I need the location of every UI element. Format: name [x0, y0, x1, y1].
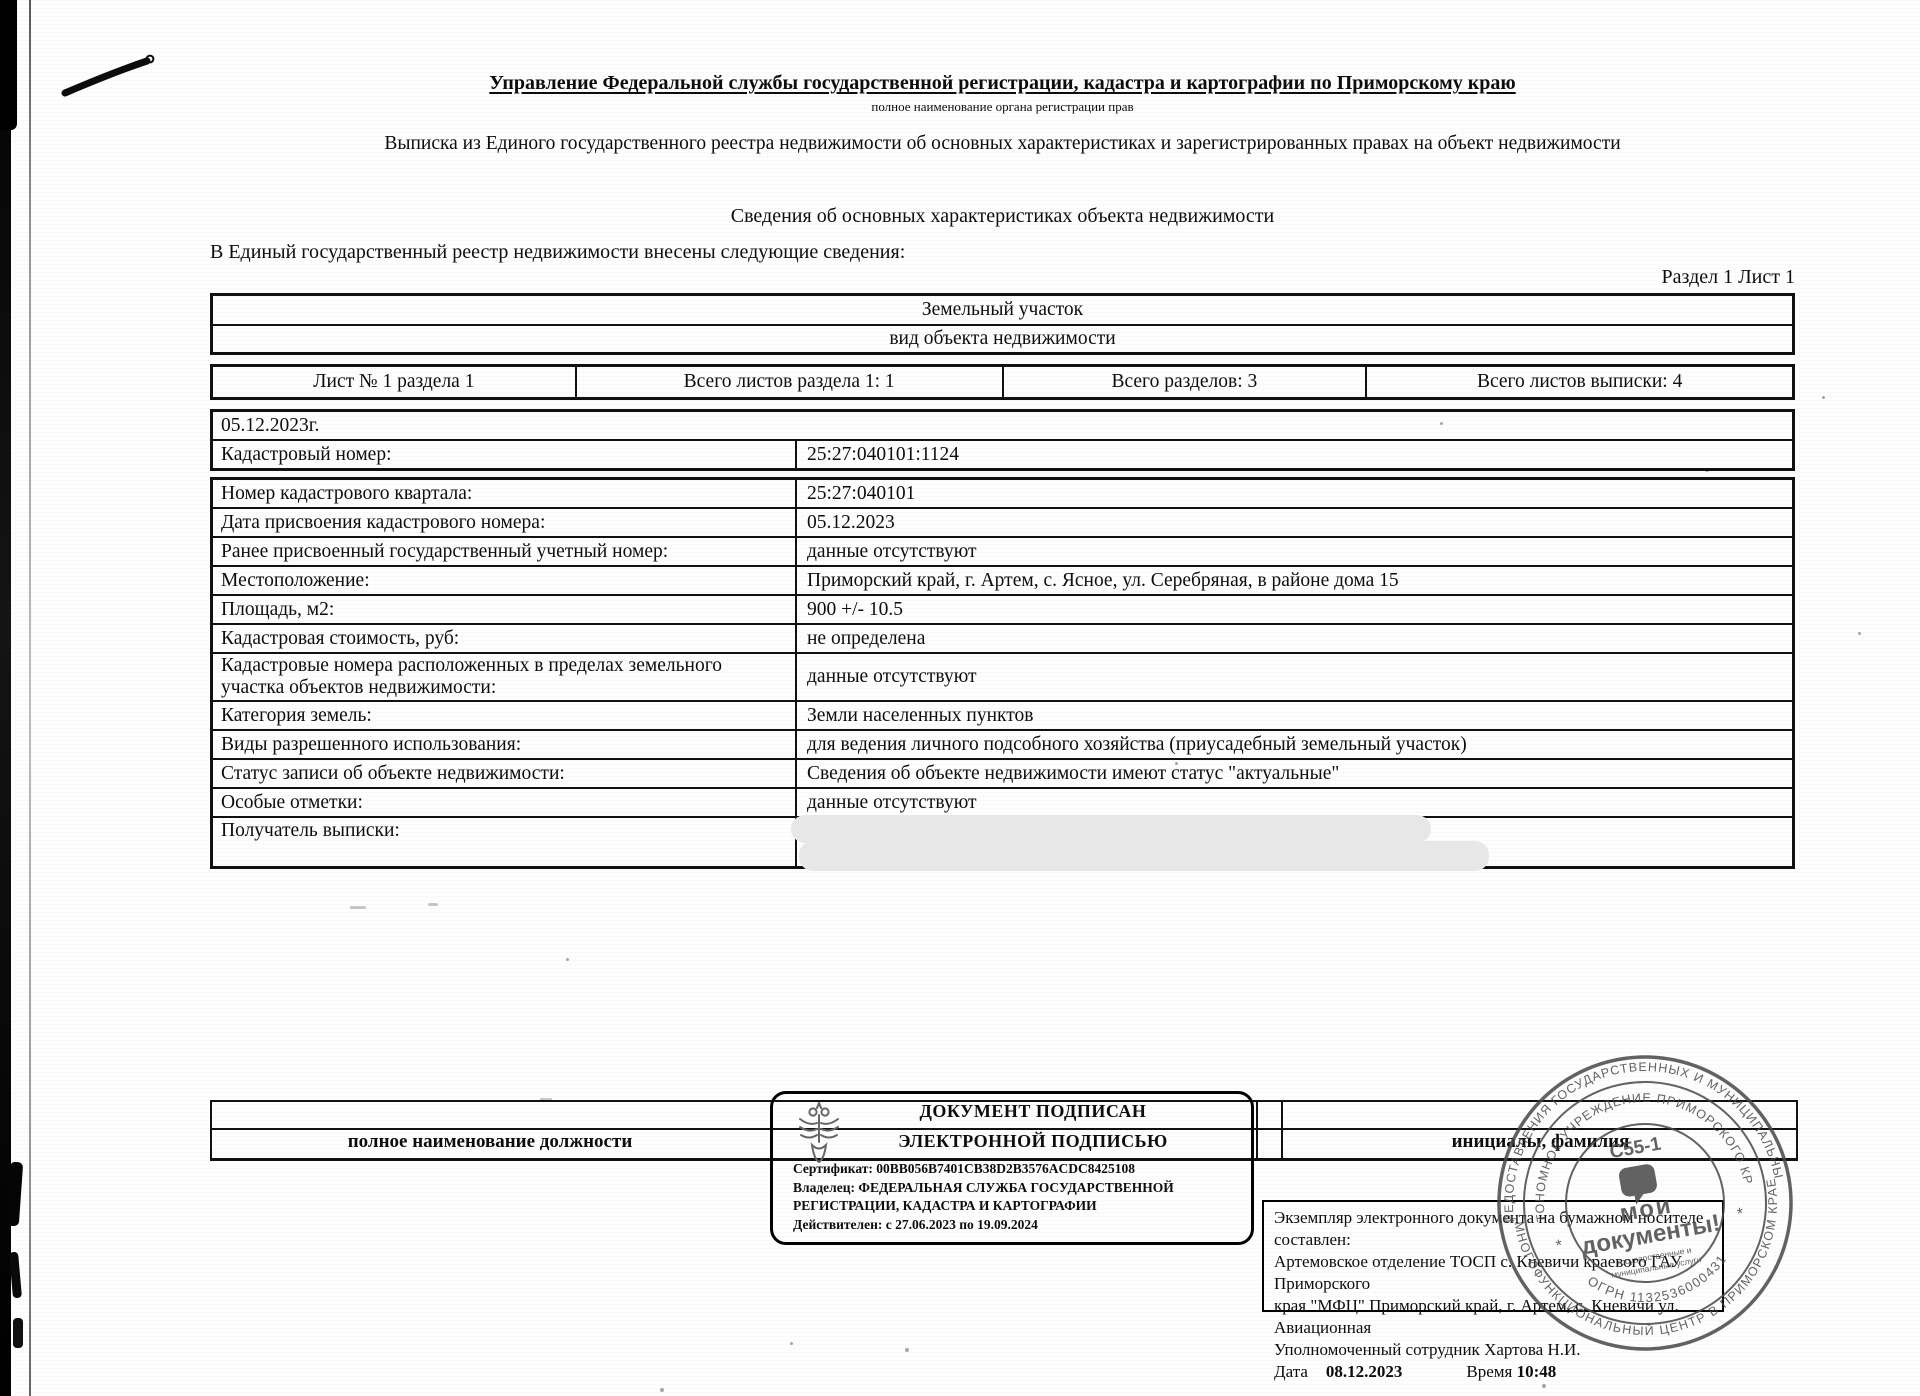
scan-fold-line — [29, 0, 31, 1396]
time-label: Время — [1466, 1362, 1512, 1381]
table-row: Площадь, м2: 900 +/- 10.5 — [213, 596, 1792, 625]
table-row-receiver: Получатель выписки: — [213, 818, 1792, 866]
stamp-office-code: С55-1 — [1608, 1133, 1663, 1163]
time-value: 10:48 — [1517, 1362, 1557, 1381]
scan-speck — [1858, 632, 1861, 635]
object-type-table: Земельный участок вид объекта недвижимос… — [210, 293, 1795, 355]
round-stamp-icon: ЦЕНТР ПРЕДОСТАВЛЕНИЯ ГОСУДАРСТВЕННЫХ И М… — [1492, 1050, 1798, 1356]
scan-speck — [790, 1342, 793, 1345]
details-table-body: Номер кадастрового квартала: 25:27:04010… — [210, 477, 1795, 869]
row-value: 25:27:040101:1124 — [797, 441, 1792, 468]
sheet-counter-cell: Лист № 1 раздела 1 — [213, 367, 577, 397]
stamp-asterisk: * — [1736, 1205, 1745, 1223]
scan-ink-blob — [13, 1318, 23, 1348]
table-row: Кадастровый номер: 25:27:040101:1124 — [213, 441, 1792, 468]
table-row: Кадастровые номера расположенных в преде… — [213, 654, 1792, 702]
table-row: Дата присвоения кадастрового номера: 05.… — [213, 509, 1792, 538]
registering-authority-name: Управление Федеральной службы государств… — [210, 72, 1795, 95]
row-value-redacted — [797, 818, 1792, 866]
sheet-counter-cell: Всего листов раздела 1: 1 — [577, 367, 1004, 397]
row-value: данные отсутствуют — [797, 654, 1792, 700]
esignature-stamp: ДОКУМЕНТ ПОДПИСАН ЭЛЕКТРОННОЙ ПОДПИСЬЮ С… — [770, 1091, 1254, 1245]
row-label: Дата присвоения кадастрового номера: — [213, 509, 797, 536]
row-label: Площадь, м2: — [213, 596, 797, 623]
row-label: Ранее присвоенный государственный учетны… — [213, 538, 797, 565]
row-value: 900 +/- 10.5 — [797, 596, 1792, 623]
row-value: Приморский край, г. Артем, с. Ясное, ул.… — [797, 567, 1792, 594]
row-label: Категория земель: — [213, 702, 797, 729]
main-tables: Земельный участок вид объекта недвижимос… — [210, 293, 1795, 869]
row-value: данные отсутствуют — [797, 538, 1792, 565]
row-value: 25:27:040101 — [797, 480, 1792, 507]
mfc-round-stamp: ЦЕНТР ПРЕДОСТАВЛЕНИЯ ГОСУДАРСТВЕННЫХ И М… — [1492, 1050, 1798, 1356]
redaction-bar — [799, 841, 1489, 871]
date-label: Дата — [1274, 1362, 1308, 1381]
table-line — [1256, 1100, 1258, 1158]
row-label: Номер кадастрового квартала: — [213, 480, 797, 507]
scan-speck — [1542, 1384, 1546, 1388]
table-row: Номер кадастрового квартала: 25:27:04010… — [213, 480, 1792, 509]
row-label: Получатель выписки: — [213, 818, 797, 866]
table-row: Ранее присвоенный государственный учетны… — [213, 538, 1792, 567]
record-date: 05.12.2023г. — [213, 412, 327, 439]
sheet-counter-cell: Всего разделов: 3 — [1004, 367, 1368, 397]
row-value: для ведения личного подсобного хозяйства… — [797, 731, 1792, 758]
row-value: Земли населенных пунктов — [797, 702, 1792, 729]
section-title: Сведения об основных характеристиках объ… — [210, 205, 1795, 228]
table-row-date: 05.12.2023г. — [213, 412, 1792, 441]
row-label: Кадастровая стоимость, руб: — [213, 625, 797, 652]
table-row: Особые отметки: данные отсутствуют — [213, 789, 1792, 818]
row-value: Сведения об объекте недвижимости имеют с… — [797, 760, 1792, 787]
row-value: 05.12.2023 — [797, 509, 1792, 536]
certificate-number: Сертификат: 00BB056B7401CB38D2B3576ACDC8… — [793, 1160, 1233, 1179]
table-row: Категория земель: Земли населенных пункт… — [213, 702, 1792, 731]
scan-dash — [428, 903, 438, 906]
object-type: Земельный участок — [213, 296, 1792, 326]
date-value: 08.12.2023 — [1326, 1362, 1403, 1381]
certificate-block: Сертификат: 00BB056B7401CB38D2B3576ACDC8… — [793, 1160, 1233, 1234]
row-label: Местоположение: — [213, 567, 797, 594]
stamp-asterisk: * — [1555, 1237, 1564, 1255]
registering-authority-caption: полное наименование органа регистрации п… — [210, 99, 1795, 115]
table-row: Виды разрешенного использования: для вед… — [213, 731, 1792, 760]
certificate-owner-line1: Владелец: ФЕДЕРАЛЬНАЯ СЛУЖБА ГОСУДАРСТВЕ… — [793, 1179, 1233, 1198]
row-value: не определена — [797, 625, 1792, 652]
certificate-validity: Действителен: с 27.06.2023 по 19.09.2024 — [793, 1216, 1233, 1235]
scan-speck — [660, 1388, 664, 1392]
certificate-owner-line2: РЕГИСТРАЦИИ, КАДАСТРА И КАРТОГРАФИИ — [793, 1197, 1233, 1216]
document-title: Выписка из Единого государственного реес… — [210, 133, 1795, 155]
mfc-note-dateline: Дата08.12.2023Время 10:48 — [1274, 1361, 1712, 1383]
scan-speck — [566, 958, 569, 961]
scan-speck — [905, 1348, 909, 1352]
row-label: Виды разрешенного использования: — [213, 731, 797, 758]
details-table-head: 05.12.2023г. Кадастровый номер: 25:27:04… — [210, 409, 1795, 471]
scan-edge-artifact-top — [0, 0, 17, 130]
position-caption: полное наименование должности — [210, 1131, 770, 1153]
object-type-caption: вид объекта недвижимости — [213, 326, 1792, 352]
row-label: Статус записи об объекте недвижимости: — [213, 760, 797, 787]
scan-speck — [1822, 396, 1825, 399]
scan-dash — [350, 906, 366, 909]
table-row: Статус записи об объекте недвижимости: С… — [213, 760, 1792, 789]
redaction-bar — [791, 815, 1431, 843]
document-scan-page: Управление Федеральной службы государств… — [0, 0, 1920, 1396]
row-label: Кадастровый номер: — [213, 441, 797, 468]
section-sheet-ref: Раздел 1 Лист 1 — [210, 266, 1795, 289]
row-value: данные отсутствуют — [797, 789, 1792, 816]
stamp-title-line2: ЭЛЕКТРОННОЙ ПОДПИСЬЮ — [833, 1131, 1233, 1152]
table-row: Местоположение: Приморский край, г. Арте… — [213, 567, 1792, 596]
table-row: Кадастровая стоимость, руб: не определен… — [213, 625, 1792, 654]
row-label: Особые отметки: — [213, 789, 797, 816]
stamp-title-line1: ДОКУМЕНТ ПОДПИСАН — [833, 1101, 1233, 1122]
row-label: Кадастровые номера расположенных в преде… — [213, 654, 797, 700]
sheet-counters-row: Лист № 1 раздела 1 Всего листов раздела … — [210, 364, 1795, 400]
intro-line: В Единый государственный реестр недвижим… — [210, 241, 905, 264]
sheet-counter-cell: Всего листов выписки: 4 — [1367, 367, 1792, 397]
pen-mark — [55, 48, 165, 108]
